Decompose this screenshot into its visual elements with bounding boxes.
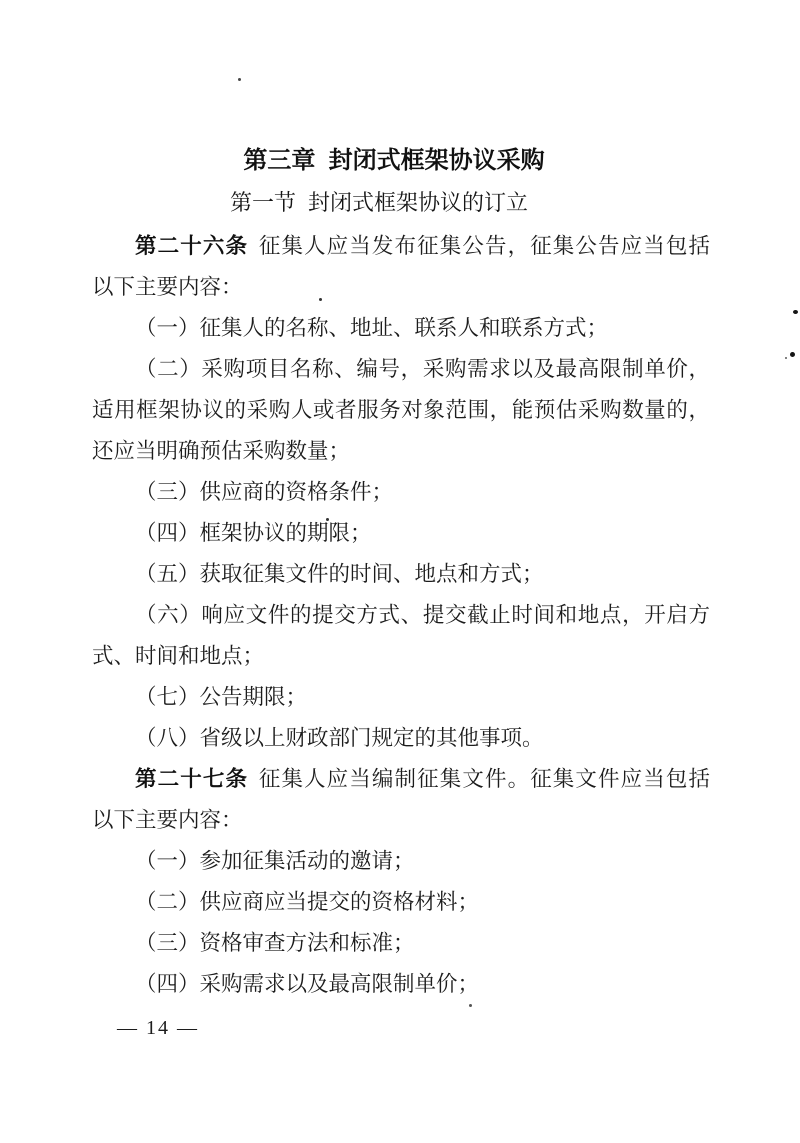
line-text: 还应当明确预估采购数量； xyxy=(92,439,350,463)
text-line: （八）省级以上财政部门规定的其他事项。 xyxy=(92,718,710,759)
text-line: （三）资格审查方法和标准； xyxy=(92,923,710,964)
scan-speck xyxy=(469,1004,472,1007)
line-text: （五）获取征集文件的时间、地点和方式； xyxy=(135,562,544,586)
scan-speck xyxy=(793,310,798,314)
section-number: 第一节 xyxy=(230,190,296,215)
text-line: 以下主要内容： xyxy=(92,800,710,841)
line-text: （二）采购项目名称、编号，采购需求以及最高限制单价， xyxy=(135,357,710,381)
line-text: （一）征集人的名称、地址、联系人和联系方式； xyxy=(135,316,608,340)
text-line: （四）采购需求以及最高限制单价； xyxy=(92,964,710,1005)
article-number: 第二十七条 xyxy=(135,767,248,791)
scan-speck xyxy=(238,78,241,81)
section-title: 第一节封闭式框架协议的订立 xyxy=(92,182,710,224)
line-text: 以下主要内容： xyxy=(92,808,243,832)
scan-speck xyxy=(319,298,322,301)
chapter-number: 第三章 xyxy=(243,147,315,174)
line-text: 征集人应当发布征集公告，征集公告应当包括 xyxy=(259,234,710,258)
text-line: （四）框架协议的期限； xyxy=(92,513,710,554)
line-text: 适用框架协议的采购人或者服务对象范围，能预估采购数量的， xyxy=(92,398,710,422)
document-page: 第三章封闭式框架协议采购 第一节封闭式框架协议的订立 第二十六条征集人应当发布征… xyxy=(0,0,800,1143)
text-line: （三）供应商的资格条件； xyxy=(92,472,710,513)
text-line: 以下主要内容： xyxy=(92,267,710,308)
text-line: 还应当明确预估采购数量； xyxy=(92,431,710,472)
body-lines: 第二十六条征集人应当发布征集公告，征集公告应当包括以下主要内容：（一）征集人的名… xyxy=(92,226,710,1005)
line-text: 征集人应当编制征集文件。征集文件应当包括 xyxy=(259,767,710,791)
text-line: 式、时间和地点； xyxy=(92,636,710,677)
chapter-title: 第三章封闭式框架协议采购 xyxy=(92,140,710,182)
line-text: （六）响应文件的提交方式、提交截止时间和地点，开启方 xyxy=(135,603,710,627)
text-line: 适用框架协议的采购人或者服务对象范围，能预估采购数量的， xyxy=(92,390,710,431)
line-text: （八）省级以上财政部门规定的其他事项。 xyxy=(135,726,544,750)
page-number: — 14 — xyxy=(117,1017,199,1040)
section-name: 封闭式框架协议的订立 xyxy=(308,190,528,215)
text-line: （七）公告期限； xyxy=(92,677,710,718)
scan-speck xyxy=(326,518,329,521)
line-text: （一）参加征集活动的邀请； xyxy=(135,849,415,873)
chapter-name: 封闭式框架协议采购 xyxy=(329,147,545,174)
text-line: 第二十七条征集人应当编制征集文件。征集文件应当包括 xyxy=(92,759,710,800)
line-text: 式、时间和地点； xyxy=(92,644,264,668)
line-text: 以下主要内容： xyxy=(92,275,243,299)
text-line: （一）征集人的名称、地址、联系人和联系方式； xyxy=(92,308,710,349)
document-body: 第三章封闭式框架协议采购 第一节封闭式框架协议的订立 第二十六条征集人应当发布征… xyxy=(92,140,710,1005)
article-number: 第二十六条 xyxy=(135,234,248,258)
line-text: （四）框架协议的期限； xyxy=(135,521,372,545)
line-text: （四）采购需求以及最高限制单价； xyxy=(135,972,479,996)
text-line: 第二十六条征集人应当发布征集公告，征集公告应当包括 xyxy=(92,226,710,267)
line-text: （三）资格审查方法和标准； xyxy=(135,931,415,955)
line-text: （三）供应商的资格条件； xyxy=(135,480,393,504)
text-line: （二）供应商应当提交的资格材料； xyxy=(92,882,710,923)
line-text: （七）公告期限； xyxy=(135,685,307,709)
text-line: （六）响应文件的提交方式、提交截止时间和地点，开启方 xyxy=(92,595,710,636)
text-line: （二）采购项目名称、编号，采购需求以及最高限制单价， xyxy=(92,349,710,390)
text-line: （一）参加征集活动的邀请； xyxy=(92,841,710,882)
text-line: （五）获取征集文件的时间、地点和方式； xyxy=(92,554,710,595)
scan-speck xyxy=(785,357,787,359)
scan-speck xyxy=(790,352,795,357)
line-text: （二）供应商应当提交的资格材料； xyxy=(135,890,479,914)
